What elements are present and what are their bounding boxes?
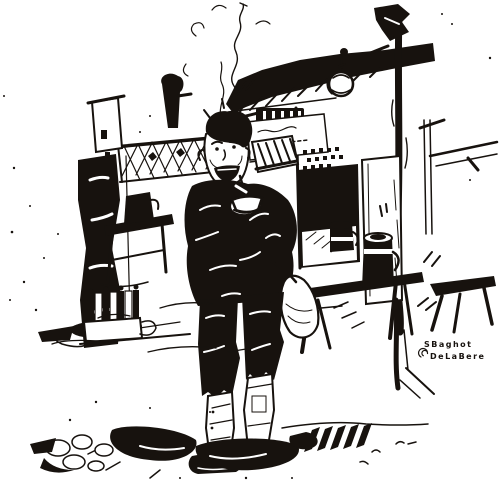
illustration-canvas: SBaghot DeLaBere bbox=[0, 0, 500, 482]
window-opening bbox=[298, 164, 360, 268]
signature-line-2: DeLaBere bbox=[430, 352, 485, 361]
bottle-crate bbox=[38, 285, 156, 347]
signature-spiral bbox=[419, 348, 428, 357]
stool bbox=[418, 252, 496, 332]
chimney-post bbox=[161, 74, 191, 128]
pebbles bbox=[30, 435, 113, 473]
artist-signature: SBaghot DeLaBere bbox=[419, 340, 486, 361]
ink-illustration: SBaghot DeLaBere bbox=[0, 0, 500, 482]
signature-line-1: SBaghot bbox=[424, 340, 473, 349]
right-shelf bbox=[420, 120, 497, 234]
tattered-flag bbox=[374, 4, 410, 41]
cooking-pot bbox=[124, 192, 154, 224]
